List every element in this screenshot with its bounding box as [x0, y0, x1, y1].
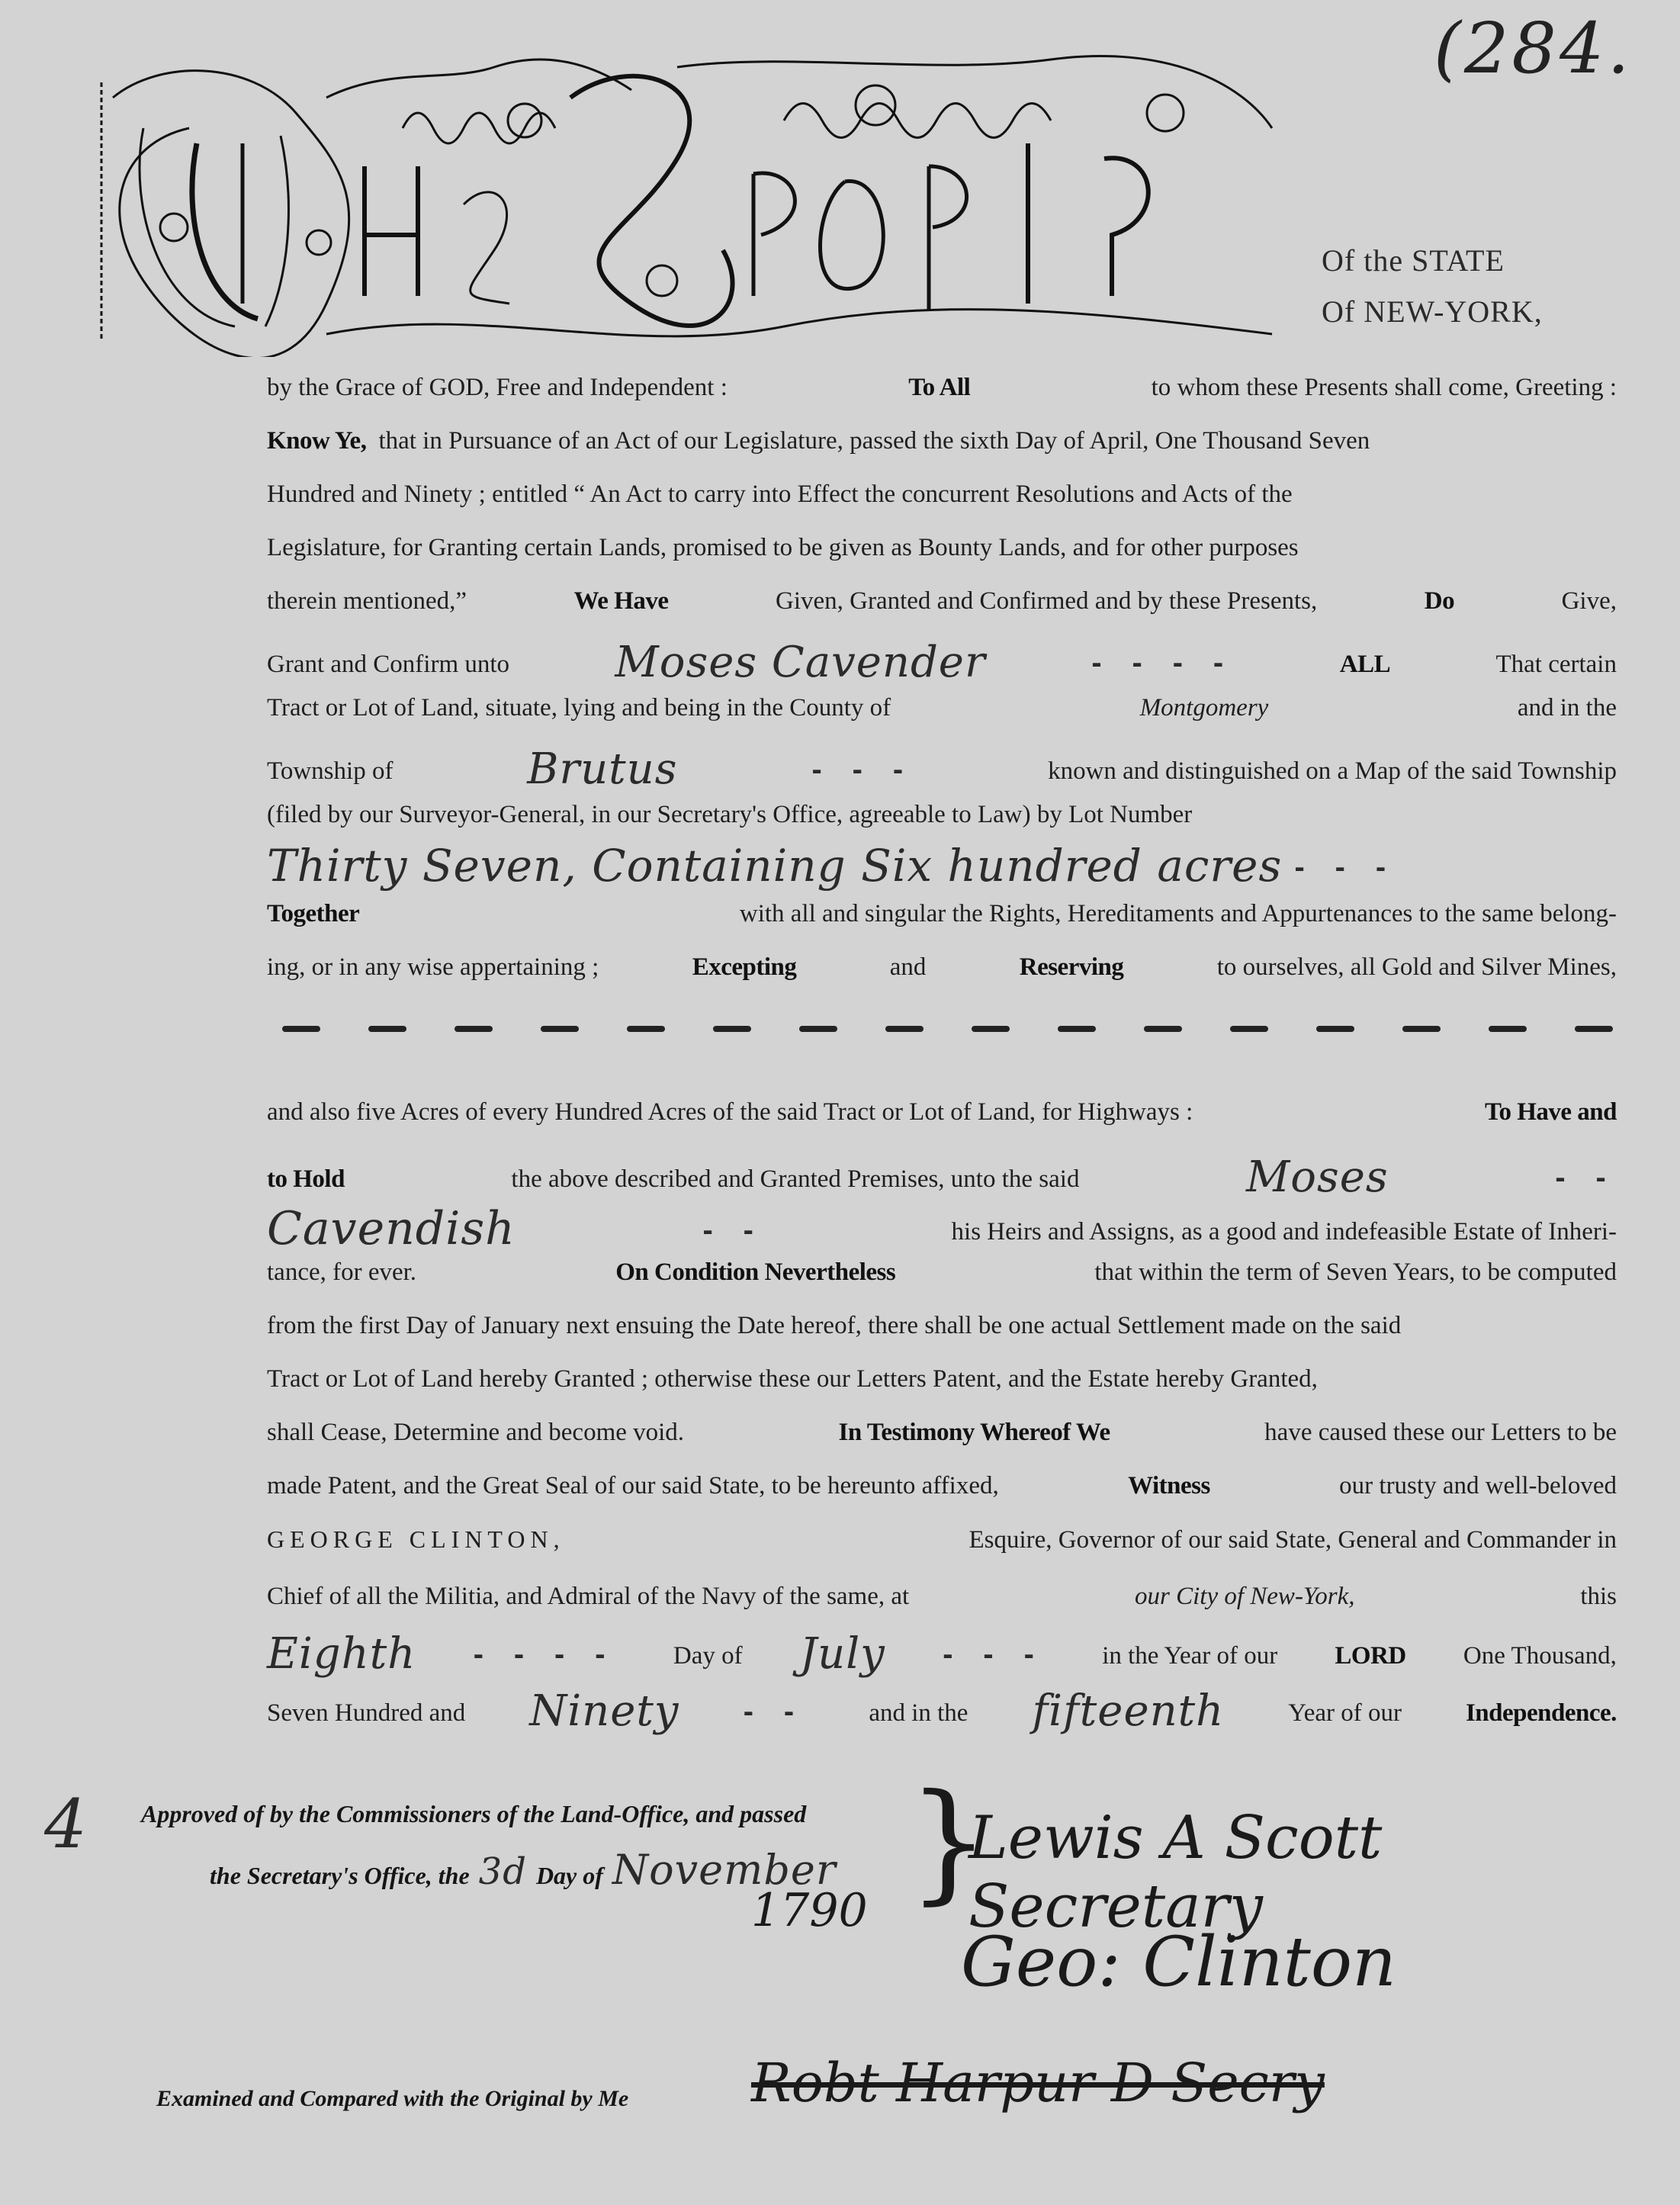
approval-line-1: Approved of by the Commissioners of the … — [141, 1800, 806, 1828]
ornate-header-banner — [98, 52, 1287, 357]
body-line: therein mentioned,” We Have Given, Grant… — [267, 587, 1617, 616]
month-handwritten: July — [800, 1629, 885, 1679]
body-line: Eighth - - - - Day of July - - - in the … — [267, 1625, 1617, 1674]
margin-mark: 4 — [44, 1785, 87, 1863]
body-line: tance, for ever. On Condition Neverthele… — [267, 1258, 1617, 1287]
body-line: and also five Acres of every Hundred Acr… — [267, 1098, 1617, 1127]
body-line: Thirty Seven, Containing Six hundred acr… — [267, 835, 1617, 887]
examiner-signature: Robt Harpur D Secry — [751, 2052, 1325, 2114]
township-name-handwritten: Brutus — [527, 744, 677, 794]
grantee-first-name-handwritten: Moses — [1246, 1152, 1389, 1202]
page-number: (284. — [1434, 8, 1633, 89]
grantee-name-handwritten: Moses Cavender — [615, 638, 985, 687]
examiner-label: Examined and Compared with the Original … — [156, 2086, 628, 2112]
lot-description-handwritten: Thirty Seven, Containing Six hundred acr… — [267, 840, 1282, 892]
grantee-surname-handwritten: Cavendish — [267, 1202, 516, 1255]
body-line: shall Cease, Determine and become void. … — [267, 1419, 1617, 1447]
body-line: Tract or Lot of Land hereby Granted ; ot… — [267, 1365, 1617, 1393]
body-line: Legislature, for Granting certain Lands,… — [267, 534, 1617, 562]
body-line: (filed by our Surveyor-General, in our S… — [267, 801, 1617, 829]
body-line: Cavendish - - his Heirs and Assigns, as … — [267, 1197, 1617, 1251]
body-line: GEORGE CLINTON, Esquire, Governor of our… — [267, 1525, 1617, 1554]
day-handwritten: Eighth — [267, 1629, 416, 1679]
body-line: Hundred and Ninety ; entitled “ An Act t… — [267, 481, 1617, 509]
state-line-1: Of the STATE — [1322, 243, 1505, 278]
body-line: Know Ye, that in Pursuance of an Act of … — [267, 427, 1617, 455]
body-line: Together with all and singular the Right… — [267, 900, 1617, 928]
body-line: Township of Brutus - - - known and disti… — [267, 740, 1617, 789]
approval-line-2: the Secretary's Office, the 3d Day of No… — [210, 1846, 837, 1894]
calligraphic-title-illustration — [98, 52, 1287, 357]
body-line: Grant and Confirm unto Moses Cavender - … — [267, 633, 1617, 683]
body-line: by the Grace of GOD, Free and Independen… — [267, 374, 1617, 402]
reservation-dash-line — [282, 1026, 1613, 1032]
body-line: from the first Day of January next ensui… — [267, 1312, 1617, 1340]
body-line: ing, or in any wise appertaining ; Excep… — [267, 953, 1617, 982]
secretary-signature: Lewis A Scott Secretary — [968, 1804, 1680, 1941]
body-line: made Patent, and the Great Seal of our s… — [267, 1472, 1617, 1500]
state-line-2: Of NEW-YORK, — [1322, 294, 1543, 329]
body-line: Chief of all the Militia, and Admiral of… — [267, 1583, 1617, 1611]
county-name: Montgomery — [1140, 694, 1269, 722]
approval-year-handwritten: 1790 — [751, 1884, 868, 1937]
year-handwritten: Ninety — [529, 1686, 679, 1736]
body-line: to Hold the above described and Granted … — [267, 1148, 1617, 1197]
governor-signature: Geo: Clinton — [961, 1922, 1396, 2002]
body-line: Tract or Lot of Land, situate, lying and… — [267, 694, 1617, 722]
body-line: Seven Hundred and Ninety - - and in the … — [267, 1682, 1617, 1731]
approval-day-handwritten: 3d — [479, 1850, 527, 1893]
independence-year-handwritten: fifteenth — [1032, 1686, 1224, 1736]
